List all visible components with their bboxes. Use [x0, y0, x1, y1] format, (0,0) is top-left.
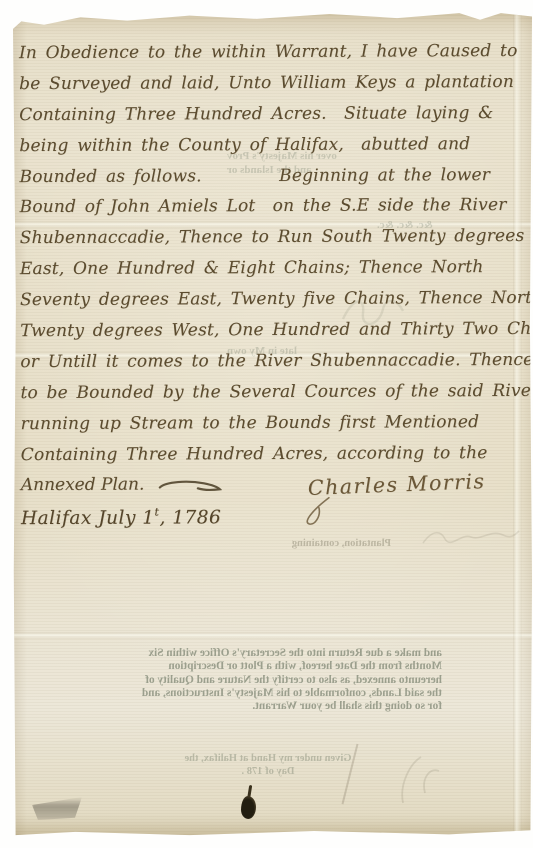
smudge-mark [32, 797, 82, 820]
bleedthrough-line: for so doing this shall be your Warrant. [72, 700, 442, 713]
document-paper: over his Majesty's Prov and the Islands … [13, 9, 532, 836]
manuscript-line: In Obedience to the within Warrant, I ha… [19, 41, 524, 74]
bleedthrough-line: Day of 178 . [141, 765, 395, 778]
manuscript-line: Bound of John Amiels Lot on the S.E side… [20, 195, 525, 228]
manuscript-line: running up Stream to the Bounds first Me… [21, 412, 526, 445]
manuscript-line: or Untill it comes to the River Shubenna… [20, 350, 525, 383]
annexed-plan-text: Annexed Plan. [21, 475, 145, 496]
dateline: Halifax July 1t, 1786 [21, 506, 526, 542]
dateline-suffix: , 1786 [159, 508, 221, 529]
signature-flourish [299, 496, 345, 526]
closing-line: Annexed Plan. Charles Morris [21, 473, 526, 508]
fold-crease-lower [13, 632, 532, 639]
ink-blot [239, 785, 259, 821]
bleedthrough-line: Given under my Hand at Halifax, the [141, 752, 395, 765]
manuscript-text: In Obedience to the within Warrant, I ha… [19, 41, 526, 543]
manuscript-line: East, One Hundred & Eight Chains; Thence… [20, 257, 525, 290]
manuscript-line: Bounded as follows. Beginning at the low… [19, 164, 524, 197]
bleedthrough-line: Months from the Date hereof, with a Plot… [72, 660, 442, 673]
manuscript-line: Seventy degrees East, Twenty five Chains… [20, 288, 525, 321]
manuscript-line: being within the County of Halifax, abut… [19, 134, 524, 167]
manuscript-line: Shubennaccadie, Thence to Run South Twen… [20, 226, 525, 259]
bleedthrough-line: and make a due Return into the Secretary… [72, 647, 442, 660]
ink-blot-head [241, 796, 256, 819]
bleedthrough-paragraph: and make a due Return into the Secretary… [72, 647, 442, 713]
dateline-superscript: t [154, 506, 159, 519]
bleedthrough-line: hereunto annexed, as also to certify the… [72, 674, 442, 687]
given-bleedthrough: Given under my Hand at Halifax, the Day … [141, 752, 395, 778]
ink-flourish [157, 478, 221, 492]
dateline-prefix: Halifax July 1 [21, 508, 155, 530]
manuscript-line: be Surveyed and laid, Unto William Keys … [19, 72, 524, 105]
paper-scratch [342, 744, 358, 805]
manuscript-line: Twenty degrees West, One Hundred and Thi… [20, 319, 525, 352]
bleedthrough-line: the said Lands, conformable to his Majes… [72, 687, 442, 700]
ghost-script-marks [395, 749, 445, 809]
manuscript-line: to be Bounded by the Several Cources of … [20, 381, 525, 414]
manuscript-line: Containing Three Hundred Acres. Situate … [19, 103, 524, 136]
